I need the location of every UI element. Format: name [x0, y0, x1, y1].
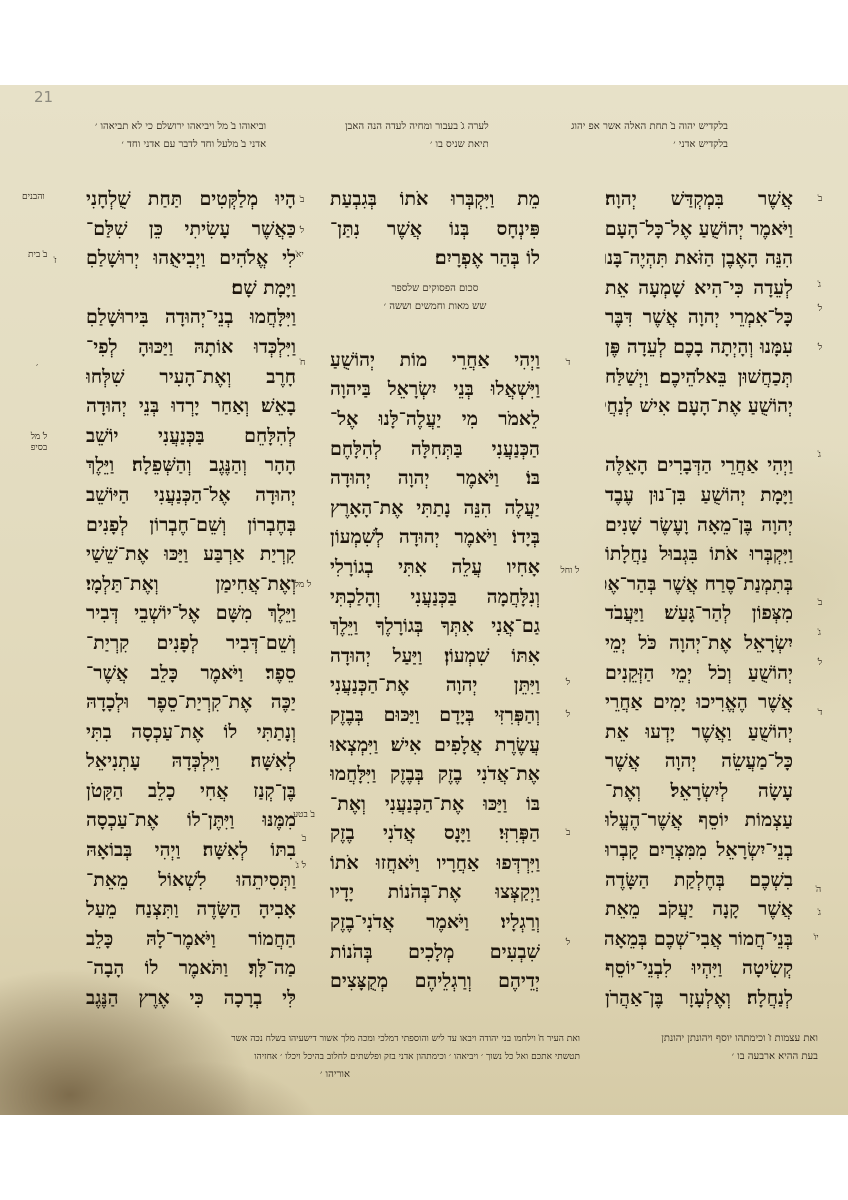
text-line: וַיְהִי אַחֲרֵי מוֹת יְהוֹשֻׁעַ	[330, 346, 540, 376]
text-line: עֲשֶׂרֶת אֲלָפִים אִישׁ׃ וַיִּמְצְאוּ	[330, 731, 540, 761]
text-line: וַיְהִי אַחֲרֵי הַדְּבָרִים הָאֵלֶּה	[605, 451, 793, 481]
text-line: וַיִּלָּחֲמוּ בְנֵי־יְהוּדָה בִּירוּשָׁל…	[86, 303, 296, 333]
text-line: תְּכַחֲשׁוּן בֵּאלֹהֵיכֶם׃ וַיְשַׁלַּח	[605, 363, 793, 393]
colophon-line: שש מאות וחמשים וששה ׳	[330, 298, 540, 316]
text-line: עָשָׂה לְיִשְׂרָאֵל׃ וְאֶת־	[605, 777, 793, 807]
masora-line: תטשתי אתכם ואל כל נשוך ׳ ויביאהו ׳ וכימת…	[90, 1048, 580, 1066]
text-line: וַיֵּלֶךְ מִשָּׁם אֶל־יוֹשְׁבֵי דְּבִיר	[86, 599, 296, 629]
text-line: וַיָּמָת שָׁם׃	[86, 274, 296, 304]
text-line: כָּל־מַעֲשֵׂה יְהוָה אֲשֶׁר	[605, 747, 793, 777]
text-column-right: אֲשֶׁר בִּמְקְדַּשׁ יְהוָה׃ וַיֹּאמֶר יְ…	[605, 185, 793, 1014]
margin-note: ל̇	[818, 658, 822, 669]
text-line: וְרַגְלָיו׃ וַיֹּאמֶר אֲדֹנִי־בֶזֶק	[330, 908, 540, 938]
text-line: וַיֹּאמֶר יְהוֹשֻׁעַ אֶל־כָּל־הָעָם	[605, 215, 793, 245]
text-line: יַכֶּה אֶת־קִרְיַת־סֵפֶר וּלְכָדָהּ	[86, 688, 296, 718]
text-line: מִמֶּנּוּ וַיִּתֶּן־לוֹ אֶת־עַכְסָה	[86, 806, 296, 836]
text-line: וַיִּרְדְּפוּ אַחֲרָיו וַיֹּאחֲזוּ אֹתוֹ	[330, 849, 540, 879]
text-line: אָבִיהָ הַשָּׂדֶה וַתִּצְנַח מֵעַל	[86, 895, 296, 925]
masora-line: בלקדיש אדני ׳	[571, 136, 728, 154]
text-line: שִׁבְעִים מְלָכִים בְּהֹנוֹת	[330, 938, 540, 968]
margin-note: ל̇ מל	[292, 580, 314, 591]
text-line: בִתּוֹ לְאִשָּׁה׃ וַיְהִי בְּבוֹאָהּ	[86, 836, 296, 866]
text-line: פִּינְחָס בְּנוֹ אֲשֶׁר נִתַּן־	[330, 215, 540, 245]
margin-note: ל̇	[566, 678, 570, 689]
text-line: אִתּוֹ שִׁמְעוֹן׃ וַיַּעַל יְהוּדָה	[330, 642, 540, 672]
margin-note: ב̇ בטע	[292, 810, 316, 821]
margin-note: ב̇	[818, 194, 822, 205]
margin-note: ד̇	[818, 708, 822, 719]
bottom-masora-left: ואת העיר ח̇ וילחמו בני יהודה ויבאו עד לי…	[90, 1030, 580, 1084]
text-line: כָּל־אִמְרֵי יְהוָה אֲשֶׁר דִּבֶּר	[605, 303, 793, 333]
masora-line: בעת ההיא ארבעה בו ׳	[661, 1048, 818, 1066]
text-line: עַצְמוֹת יוֹסֵף אֲשֶׁר־הֶעֱלוּ	[605, 806, 793, 836]
margin-note: ב̇	[300, 195, 304, 206]
margin-note: ה̇	[816, 885, 821, 896]
margin-note: ל̇	[300, 226, 304, 237]
text-line: וַיִּלְכְּדוּ אוֹתָהּ וַיַּכּוּהָ לְפִי־	[86, 333, 296, 363]
margin-note: ב̇	[566, 828, 570, 839]
text-line: לוֹ בְּהַר אֶפְרָיִם׃	[330, 244, 540, 274]
margin-note: יא̇	[296, 250, 304, 261]
margin-note: ב̇	[818, 598, 822, 609]
text-line: הַחֲמוֹר וַיֹּאמֶר־לָהּ כָּלֵב	[86, 925, 296, 955]
text-line: סֵפֶר׃ וַיֹּאמֶר כָּלֵב אֲשֶׁר־	[86, 659, 296, 689]
top-masora-middle: לערה ג̇ בעבור ומחיה לעדה הנה האבן תיאת ש…	[345, 118, 489, 154]
text-line: לִּי בְרָכָה כִּי אֶרֶץ הַנֶּגֶב	[86, 984, 296, 1014]
masora-line: ואת העיר ח̇ וילחמו בני יהודה ויבאו עד לי…	[90, 1030, 580, 1048]
masora-line: וביאוהו ב̇ מל ויביאהו ירושלם כי לא תביאה…	[95, 118, 266, 136]
text-line: וְשֵׁם־דְּבִיר לְפָנִים קִרְיַת־	[86, 629, 296, 659]
text-line: בָאֵשׁ׃ וְאַחַר יָרְדוּ בְּנֵי יְהוּדָה	[86, 392, 296, 422]
text-line: הָהָר וְהַנֶּגֶב וְהַשְּׁפֵלָה׃ וַיֵּלֶך…	[86, 451, 296, 481]
text-line: בְּיָדוֹ׃ וַיֹּאמֶר יְהוּדָה לְשִׁמְעוֹן	[330, 523, 540, 553]
margin-note: ל̇ ג̇	[296, 861, 306, 872]
text-line: לִי אֱלֹהִים וַיְבִיאֻהוּ יְרוּשָׁלַםִ	[86, 244, 296, 274]
text-line: וְאֶת־אֲחִימַן וְאֶת־תַּלְמָי׃	[86, 570, 296, 600]
text-line: וְנִלָּחֲמָה בַּכְּנַעֲנִי וְהָלַכְתִּי	[330, 583, 540, 613]
text-line: בְּחֶבְרוֹן וְשֵׁם־חֶבְרוֹן לְפָנִים	[86, 511, 296, 541]
text-line: וַיְקַצְּצוּ אֶת־בְּהֹנוֹת יָדָיו	[330, 878, 540, 908]
text-line: יְהוֹשֻׁעַ וַאֲשֶׁר יָדְעוּ אֵת	[605, 718, 793, 748]
text-line: מִצְּפוֹן לְהַר־גָּעַשׁ׃ וַיַּעֲבֹד	[605, 599, 793, 629]
text-line: מַה־לָּךְ׃ וַתֹּאמֶר לוֹ הָבָה־	[86, 954, 296, 984]
top-masora-left: וביאוהו ב̇ מל ויביאהו ירושלם כי לא תביאה…	[95, 118, 266, 154]
text-line: וְנָתַתִּי לוֹ אֶת־עַכְסָה בִתִּי	[86, 718, 296, 748]
text-line: הָיוּ מְלַקְּטִים תַּחַת שֻׁלְחָנִי	[86, 185, 296, 215]
text-line: בְּתִמְנַת־סֶרַח אֲשֶׁר בְּהַר־אֶפְרָיִם	[605, 570, 793, 600]
margin-note: ג̇	[818, 908, 821, 919]
margin-note: ב̇	[302, 834, 306, 845]
text-line: וַיִּתֵּן יְהוָה אֶת־הַכְּנַעֲנִי	[330, 671, 540, 701]
folio-number: 21	[34, 88, 53, 106]
margin-note: יו̇	[814, 933, 819, 944]
masora-line: בלקדיש יהוה ב̇ תחת האלה אשר אפ יהוג	[571, 118, 728, 136]
margin-note: ג̇	[818, 280, 821, 291]
text-line: בְּנֵי־חֲמוֹר אֲבִי־שְׁכֶם בְּמֵאָה	[605, 925, 793, 955]
margin-note: ל̇	[566, 938, 570, 949]
text-line: לְעֵדָה כִּי־הִיא שָׁמְעָה אֵת	[605, 274, 793, 304]
margin-note: ל̇	[566, 710, 570, 721]
margin-note: ג̇	[818, 450, 821, 461]
text-line: בֶּן־קְנַז אֲחִי כָלֵב הַקָּטֹן	[86, 777, 296, 807]
text-line: וַיִּקְבְּרוּ אֹתוֹ בִּגְבוּל נַחֲלָתוֹ	[605, 540, 793, 570]
margin-note: ל̇ וחל	[558, 566, 582, 577]
text-line: יְהוָה בֶּן־מֵאָה וָעֶשֶׂר שָׁנִים	[605, 511, 793, 541]
text-line: וַיָּמָת יְהוֹשֻׁעַ בִּן־נוּן עֶבֶד	[605, 481, 793, 511]
text-line: אֶת־אֲדֹנִי בֶזֶק בְּבֶזֶק וַיִּלָּחֲמוּ	[330, 760, 540, 790]
margin-note: ג̇	[818, 628, 821, 639]
text-line: יְדֵיהֶם וְרַגְלֵיהֶם מְקֻצָּצִים	[330, 967, 540, 997]
text-line: יְהוּדָה אֶל־הַכְּנַעֲנִי הַיּוֹשֵׁב	[86, 481, 296, 511]
margin-note: ד̇	[566, 358, 570, 369]
text-line: קִרְיַת אַרְבַּע וַיַּכּוּ אֶת־שֵׁשַׁי	[86, 540, 296, 570]
text-line: וַיִּשְׁאֲלוּ בְּנֵי יִשְׂרָאֵל בַּיהוָה	[330, 375, 540, 405]
margin-note: ח̇	[300, 358, 305, 369]
text-column-middle: מֵת וַיִּקְבְּרוּ אֹתוֹ בְּגִבְעַת פִּינ…	[330, 185, 540, 997]
text-column-left: הָיוּ מְלַקְּטִים תַּחַת שֻׁלְחָנִי כַּא…	[86, 185, 296, 1014]
masora-line: ואת עצמות ז̇ וכימתהו יוסף ויהונתן יהונתן	[661, 1030, 818, 1048]
text-line: לְנַחֲלָה׃ וְאֶלְעָזָר בֶּן־אַהֲרֹן	[605, 984, 793, 1014]
text-line: חָרֶב וְאֶת־הָעִיר שִׁלְּחוּ	[86, 363, 296, 393]
text-line: קְשִׂיטָה וַיִּהְיוּ לִבְנֵי־יוֹסֵף	[605, 954, 793, 984]
margin-note: ז̇	[54, 256, 57, 267]
text-line: הִנֵּה הָאֶבֶן הַזֹּאת תִּהְיֶה־בָּנוּ	[605, 244, 793, 274]
text-line: אֲשֶׁר קָנָה יַעֲקֹב מֵאֵת	[605, 895, 793, 925]
margin-note: ׳	[36, 362, 38, 373]
text-line: בְנֵי־יִשְׂרָאֵל מִמִּצְרַיִם קָבְרוּ	[605, 836, 793, 866]
text-line: וַתְּסִיתֵהוּ לִשְׁאוֹל מֵאֵת־	[86, 866, 296, 896]
text-line: הַכְּנַעֲנִי בַּתְּחִלָּה לְהִלָּחֶם	[330, 435, 540, 465]
masora-line: אוריהו ׳	[90, 1066, 580, 1084]
masora-line: אדני ב̇ מלעל וחד לדבר עם אדני וחד ׳	[95, 136, 266, 154]
text-line: יִשְׂרָאֵל אֶת־יְהוָה כֹּל יְמֵי	[605, 629, 793, 659]
text-line: וְהַפְּרִזִּי בְּיָדָם וַיַּכּוּם בְּבֶז…	[330, 701, 540, 731]
margin-note: ל̇ מל בסיפ	[24, 432, 54, 454]
text-line: יַעֲלֶה הִנֵּה נָתַתִּי אֶת־הָאָרֶץ	[330, 494, 540, 524]
text-line: מֵת וַיִּקְבְּרוּ אֹתוֹ בְּגִבְעַת	[330, 185, 540, 215]
colophon-line: סכום הפסוקים שלספר	[330, 280, 540, 298]
masora-line: תיאת שניס בו ׳	[345, 136, 489, 154]
text-line: לֵאמֹר מִי יַעֲלֶה־לָּנוּ אֶל־	[330, 405, 540, 435]
bottom-masora-right: ואת עצמות ז̇ וכימתהו יוסף ויהונתן יהונתן…	[661, 1030, 818, 1066]
text-line: גַם־אֲנִי אִתְּךָ בְּגוֹרָלֶךָ וַיֵּלֶךְ	[330, 612, 540, 642]
text-line: אֲשֶׁר בִּמְקְדַּשׁ יְהוָה׃	[605, 185, 793, 215]
text-line: יְהוֹשֻׁעַ אֶת־הָעָם אִישׁ לְנַחֲלָתוֹ׃	[605, 392, 793, 422]
text-line: יְהוֹשֻׁעַ וְכֹל יְמֵי הַזְּקֵנִים	[605, 659, 793, 689]
text-line: אָחִיו עֲלֵה אִתִּי בְגוֹרָלִי	[330, 553, 540, 583]
section-break	[605, 422, 793, 452]
margin-note: ב̇ בית	[28, 250, 47, 261]
text-line: הַפְּרִזִּי׃ וַיָּנָס אֲדֹנִי בֶזֶק	[330, 819, 540, 849]
margin-note: ל̇	[818, 304, 822, 315]
text-line: אֲשֶׁר הֶאֱרִיכוּ יָמִים אַחֲרֵי	[605, 688, 793, 718]
text-line: בִשְׁכֶם בְּחֶלְקַת הַשָּׂדֶה	[605, 866, 793, 896]
text-line: לְהִלָּחֵם בַּכְּנַעֲנִי יוֹשֵׁב	[86, 422, 296, 452]
text-line: כַּאֲשֶׁר עָשִׂיתִי כֵּן שִׁלַּם־	[86, 215, 296, 245]
text-line: עִמָּנוּ וְהָיְתָה בָכֶם לְעֵדָה פֶּן־	[605, 333, 793, 363]
text-line: בּוֹ וַיַּכּוּ אֶת־הַכְּנַעֲנִי וְאֶת־	[330, 790, 540, 820]
margin-note: ל̇	[818, 343, 822, 354]
text-line: לְאִשָּׁה׃ וַיִּלְכְּדָהּ עָתְנִיאֵל	[86, 747, 296, 777]
top-masora-right: בלקדיש יהוה ב̇ תחת האלה אשר אפ יהוג בלקד…	[571, 118, 728, 154]
margin-note: והבנים	[22, 192, 45, 203]
text-line: בּוֹ׃ וַיֹּאמֶר יְהוָה יְהוּדָה	[330, 464, 540, 494]
masora-line: לערה ג̇ בעבור ומחיה לעדה הנה האבן	[345, 118, 489, 136]
book-colophon: סכום הפסוקים שלספר שש מאות וחמשים וששה ׳	[330, 274, 540, 346]
